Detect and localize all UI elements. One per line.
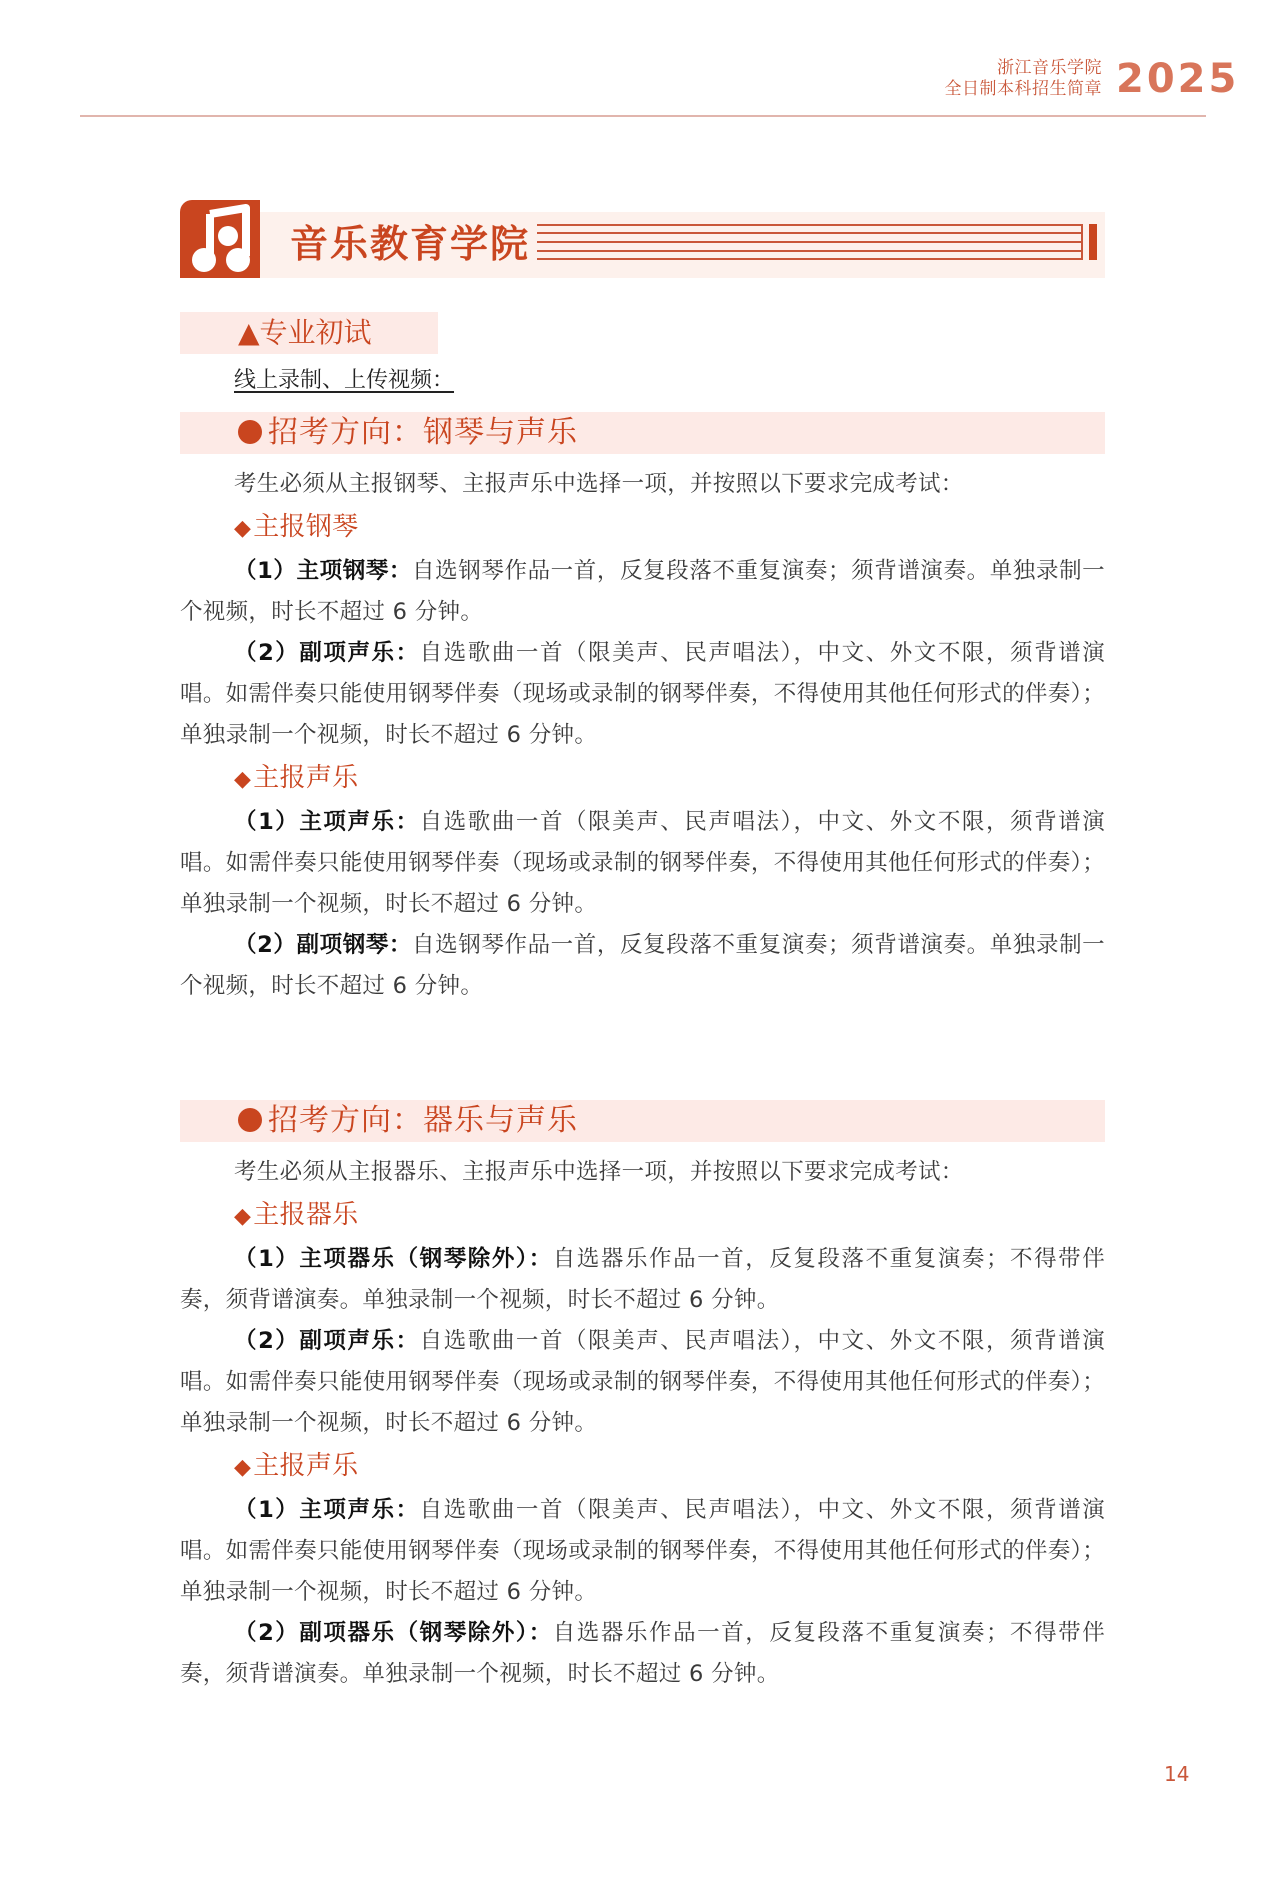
requirement-item: （2）副项钢琴：自选钢琴作品一首，反复段落不重复演奏；须背谱演奏。单独录制一个视…: [180, 925, 1105, 1007]
requirement-item: （1）主项声乐：自选歌曲一首（限美声、民声唱法），中文、外文不限，须背谱演唱。如…: [180, 1490, 1105, 1613]
group-heading: ◆主报钢琴: [180, 505, 1105, 551]
institution-name: 浙江音乐学院: [945, 58, 1103, 79]
music-staff-decoration: [537, 224, 1083, 260]
section-content: 考生必须从主报器乐、主报声乐中选择一项，并按照以下要求完成考试： ◆主报器乐 （…: [180, 1152, 1105, 1695]
requirement-item: （1）主项钢琴：自选钢琴作品一首，反复段落不重复演奏；须背谱演奏。单独录制一个视…: [180, 551, 1105, 633]
group-heading: ◆主报器乐: [180, 1193, 1105, 1239]
requirement-item: （2）副项声乐：自选歌曲一首（限美声、民声唱法），中文、外文不限，须背谱演唱。如…: [180, 1321, 1105, 1444]
direction-heading: 招考方向：钢琴与声乐: [238, 412, 578, 454]
requirement-item: （1）主项器乐（钢琴除外）：自选器乐作品一首，反复段落不重复演奏；不得带伴奏，须…: [180, 1239, 1105, 1321]
submission-method-heading: 线上录制、上传视频：: [234, 366, 454, 396]
header-divider: [80, 115, 1206, 117]
brochure-subtitle: 全日制本科招生简章: [945, 79, 1103, 100]
section-intro: 考生必须从主报器乐、主报声乐中选择一项，并按照以下要求完成考试：: [180, 1152, 1105, 1193]
section-content: 考生必须从主报钢琴、主报声乐中选择一项，并按照以下要求完成考试： ◆主报钢琴 （…: [180, 464, 1105, 1007]
requirement-item: （2）副项声乐：自选歌曲一首（限美声、民声唱法），中文、外文不限，须背谱演唱。如…: [180, 633, 1105, 756]
header-brand-text: 浙江音乐学院 全日制本科招生简章: [945, 58, 1103, 100]
requirement-item: （1）主项声乐：自选歌曲一首（限美声、民声唱法），中文、外文不限，须背谱演唱。如…: [180, 802, 1105, 925]
triangle-icon: ▲: [238, 316, 260, 349]
page-number: 14: [1164, 1762, 1189, 1786]
diamond-bullet-icon: ◆: [234, 767, 251, 792]
page-header: 浙江音乐学院 全日制本科招生简章 2025: [0, 0, 1280, 120]
college-title: 音乐教育学院: [290, 218, 530, 270]
section-intro: 考生必须从主报钢琴、主报声乐中选择一项，并按照以下要求完成考试：: [180, 464, 1105, 505]
group-heading: ◆主报声乐: [180, 756, 1105, 802]
group-heading: ◆主报声乐: [180, 1444, 1105, 1490]
header-year: 2025: [1116, 56, 1239, 102]
diamond-bullet-icon: ◆: [234, 1455, 251, 1480]
direction-heading: 招考方向：器乐与声乐: [238, 1100, 578, 1142]
diamond-bullet-icon: ◆: [234, 516, 251, 541]
diamond-bullet-icon: ◆: [234, 1204, 251, 1229]
stage-label: ▲专业初试: [238, 314, 372, 352]
dot-bullet-icon: [238, 1108, 262, 1132]
requirement-item: （2）副项器乐（钢琴除外）：自选器乐作品一首，反复段落不重复演奏；不得带伴奏，须…: [180, 1613, 1105, 1695]
dot-bullet-icon: [238, 420, 262, 444]
music-note-icon: [180, 200, 260, 278]
